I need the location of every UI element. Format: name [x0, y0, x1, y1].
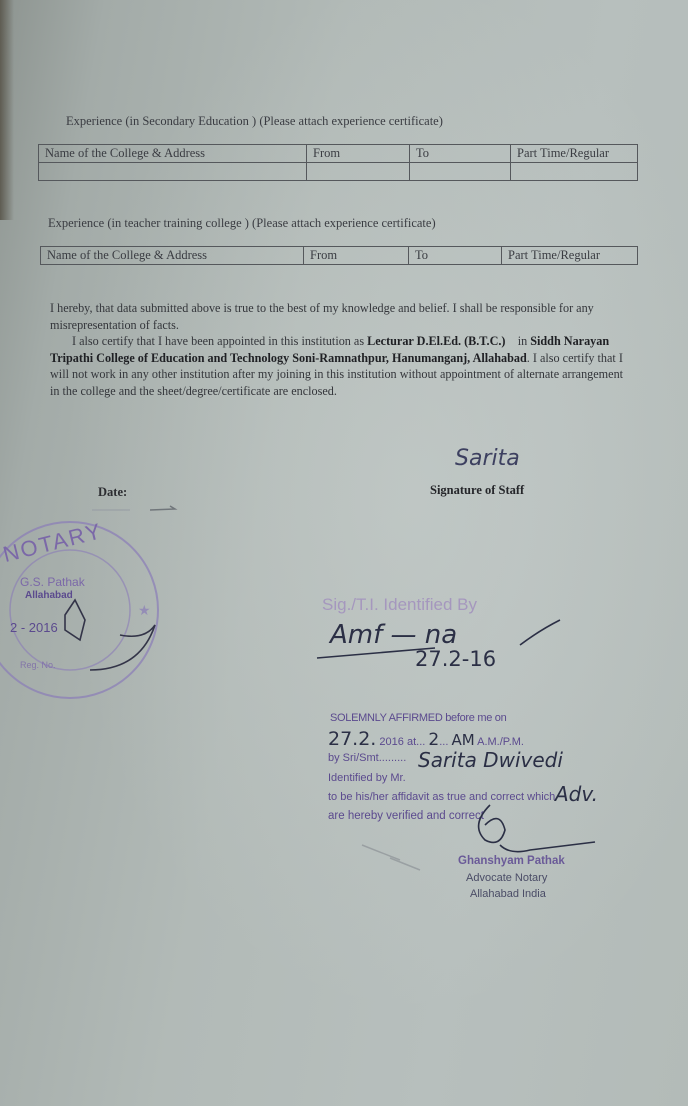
affirmed-at: at [407, 736, 416, 748]
notary-name: Ghanshyam Pathak [458, 855, 565, 867]
col-from: From [304, 247, 409, 265]
by-label: by Sri/Smt. [328, 752, 382, 764]
col-college-address: Name of the College & Address [39, 145, 307, 163]
affirmed-ampm: A.M./P.M. [477, 736, 524, 748]
secondary-experience-table: Name of the College & Address From To Pa… [38, 144, 638, 181]
faint-ink-marks [360, 840, 440, 880]
table-header-row: Name of the College & Address From To Pa… [39, 145, 638, 163]
notary-stamp-reg: Reg. No. [20, 660, 56, 670]
deponent-name-written: Sarita Dwivedi [418, 748, 563, 772]
col-part-time-regular: Part Time/Regular [511, 145, 638, 163]
signature-label: Signature of Staff [430, 483, 524, 498]
svg-text:★: ★ [138, 604, 151, 619]
identification-date: 27.2-16 [415, 647, 496, 671]
affirmed-date-written: 27.2. [328, 728, 376, 750]
cell-to [410, 163, 511, 181]
teacher-training-experience-title: Experience (in teacher training college … [48, 216, 436, 231]
declaration-paragraph: I hereby, that data submitted above is t… [50, 300, 630, 399]
secondary-experience-title: Experience (in Secondary Education ) (Pl… [66, 114, 443, 129]
col-college-address: Name of the College & Address [41, 247, 304, 265]
cell-from [307, 163, 410, 181]
col-from: From [307, 145, 410, 163]
identified-by-label: Sig./T.I. Identified By [322, 595, 477, 615]
declaration-line: I hereby, that data submitted above is t… [50, 301, 594, 332]
date-label: Date: [98, 485, 127, 500]
certify-prefix: I also certify that I have been appointe… [72, 334, 364, 348]
notary-title: Advocate Notary [466, 872, 547, 884]
identified-by-mr-label: Identified by Mr. [328, 772, 406, 784]
affirmed-date-line: 27.2. 2016 at... 2... AM A.M./P.M. [328, 728, 524, 750]
notary-signature-strokes [470, 800, 610, 860]
notary-stamp-date: 2 - 2016 [10, 620, 58, 635]
smudge-mark [90, 500, 190, 520]
cell-part-time-regular [511, 163, 638, 181]
affirmed-ampm-written: AM [451, 731, 474, 749]
table-header-row: Name of the College & Address From To Pa… [41, 247, 638, 265]
staff-signature: Sarita [455, 446, 520, 471]
in-word: in [518, 334, 527, 348]
table-row [39, 163, 638, 181]
notary-place: Allahabad India [470, 888, 546, 900]
verified-line: are hereby verified and correct [328, 810, 484, 822]
page-edge-shadow [0, 0, 14, 220]
col-part-time-regular: Part Time/Regular [502, 247, 638, 265]
col-to: To [409, 247, 502, 265]
affirmed-time-written: 2 [428, 730, 439, 750]
post-title: Lecturar D.El.Ed. (B.T.C.) [367, 334, 505, 348]
notary-stamp-name: G.S. Pathak [20, 575, 85, 589]
deponent-line: by Sri/Smt......... [328, 752, 406, 764]
notary-stamp-place: Allahabad [25, 590, 73, 601]
col-to: To [410, 145, 511, 163]
cell-college-address [39, 163, 307, 181]
affirmed-year: 2016 [379, 736, 403, 748]
affirmed-line: SOLEMNLY AFFIRMED before me on [330, 712, 506, 724]
teacher-training-experience-table: Name of the College & Address From To Pa… [40, 246, 638, 265]
